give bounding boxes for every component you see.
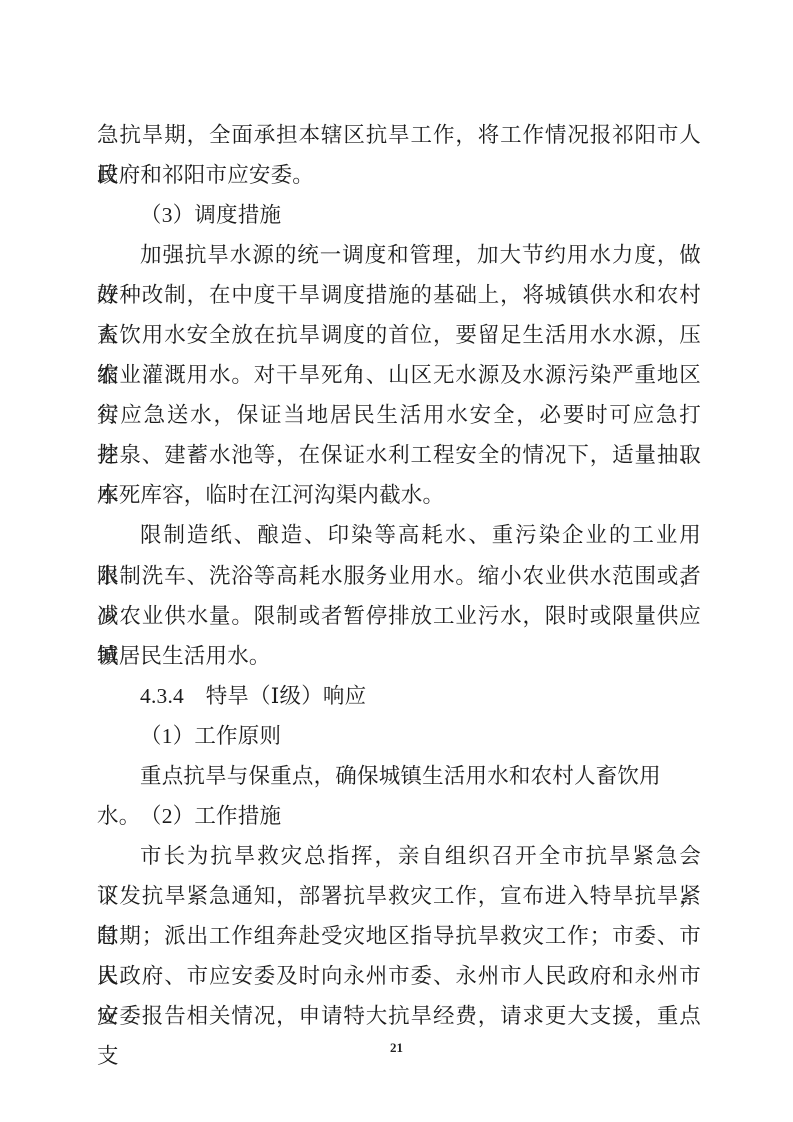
text-line: 畜饮用水安全放在抗旱调度的首位，要留足生活用水水源，压缩 xyxy=(97,315,701,355)
subsection-heading-2: （2）工作措施 xyxy=(97,796,701,836)
text-line: 行应急送水，保证当地居民生活用水安全，必要时可应急打井、 xyxy=(97,395,701,435)
text-line: 库死库容，临时在江河沟渠内截水。 xyxy=(97,475,701,515)
text-line: 政府和祁阳市应安委。 xyxy=(97,155,701,195)
text-line: 市长为抗旱救灾总指挥，亲自组织召开全市抗旱紧急会议， xyxy=(97,836,701,876)
text-line: 限制洗车、洗浴等高耗水服务业用水。缩小农业供水范围或者减 xyxy=(97,556,701,596)
document-page: 急抗旱期，全面承担本辖区抗旱工作，将工作情况报祁阳市人民 政府和祁阳市应安委。 … xyxy=(0,0,793,1122)
text-line: 限制造纸、酿造、印染等高耗水、重污染企业的工业用水， xyxy=(97,515,701,555)
page-number: 21 xyxy=(0,1040,793,1056)
text-line: 安委报告相关情况，申请特大抗旱经费，请求更大支援，重点支 xyxy=(97,996,701,1036)
section-heading-4-3-4: 4.3.4 特旱（Ⅰ级）响应 xyxy=(97,676,701,716)
text-line: 重点抗旱与保重点，确保城镇生活用水和农村人畜饮用水。 xyxy=(97,756,701,796)
text-line: 民政府、市应安委及时向永州市委、永州市人民政府和永州市应 xyxy=(97,956,701,996)
text-line: 时期；派出工作组奔赴受灾地区指导抗旱救灾工作；市委、市人 xyxy=(97,916,701,956)
subsection-heading-1: （1）工作原则 xyxy=(97,716,701,756)
text-line: 挖泉、建蓄水池等，在保证水利工程安全的情况下，适量抽取水 xyxy=(97,435,701,475)
document-body: 急抗旱期，全面承担本辖区抗旱工作，将工作情况报祁阳市人民 政府和祁阳市应安委。 … xyxy=(97,115,701,1036)
text-line: 农业灌溉用水。对干旱死角、山区无水源及水源污染严重地区实 xyxy=(97,355,701,395)
subsection-heading-3: （3）调度措施 xyxy=(97,195,701,235)
text-line: 改种改制，在中度干旱调度措施的基础上，将城镇供水和农村人 xyxy=(97,275,701,315)
text-line: 急抗旱期，全面承担本辖区抗旱工作，将工作情况报祁阳市人民 xyxy=(97,115,701,155)
text-line: 加强抗旱水源的统一调度和管理，加大节约用水力度，做好 xyxy=(97,235,701,275)
text-line: 下发抗旱紧急通知，部署抗旱救灾工作，宣布进入特旱抗旱紧急 xyxy=(97,876,701,916)
text-line: 镇居民生活用水。 xyxy=(97,636,701,676)
text-line: 少农业供水量。限制或者暂停排放工业污水，限时或限量供应城 xyxy=(97,596,701,636)
